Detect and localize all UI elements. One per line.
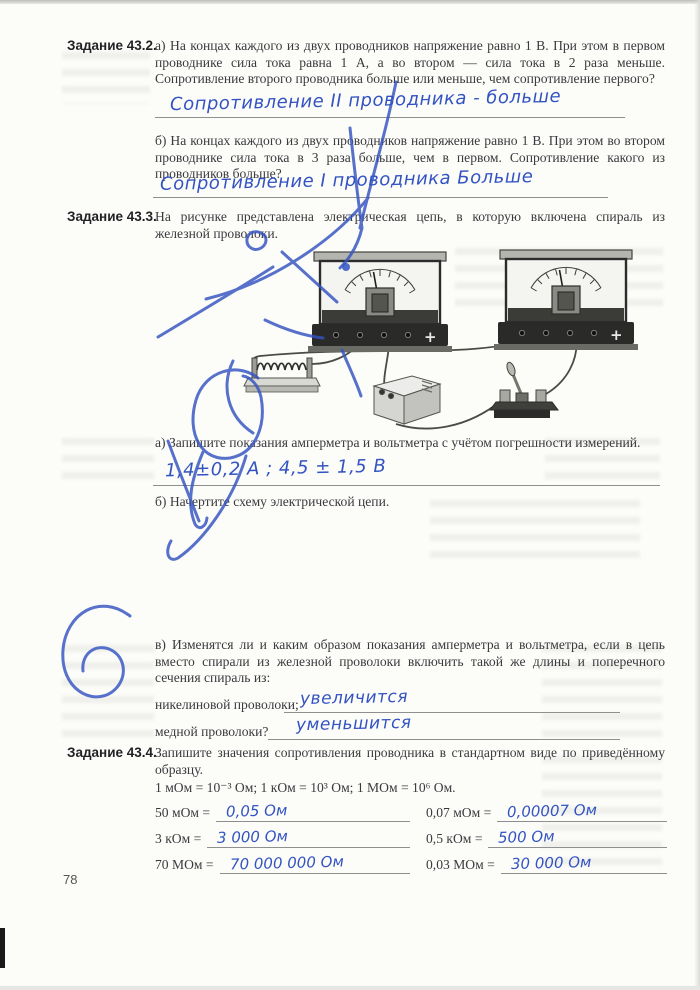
svg-text:+: + [424, 328, 437, 346]
handwritten-answer: 500 Ом [498, 827, 555, 846]
ruled-line: 30 000 Ом [501, 851, 667, 874]
task-433-label: Задание 43.3. [67, 209, 159, 226]
handwritten-answer: 0,05 Ом [226, 801, 288, 821]
copper-label: медной проволоки? [155, 724, 268, 741]
row-left-label: 3 кОм = [155, 830, 201, 848]
spiral-coil [244, 358, 320, 392]
handwritten-answer-433a: 1,4±0,2 А ; 4,5 ± 1,5 В [165, 456, 387, 482]
task-433-intro: На рисунке представлена электрическая це… [155, 209, 665, 242]
handwritten-answer: 30 000 Ом [511, 853, 592, 873]
task-433-part-a: а) Запишите показания амперметра и вольт… [155, 435, 665, 452]
power-supply [374, 376, 440, 424]
ruled-line: 70 000 000 Ом [220, 851, 410, 874]
handwritten-answer: 3 000 Ом [217, 827, 288, 847]
ruled-line [284, 710, 620, 713]
ruled-line: 500 Ом [488, 825, 667, 848]
row-right-label: 0,5 кОм = [426, 830, 482, 848]
nickel-label: никелиновой проволоки; [155, 697, 299, 714]
handwritten-answer: 70 000 000 Ом [229, 853, 343, 874]
scan-edge-top [0, 0, 700, 4]
showthrough-text [62, 52, 150, 104]
handwritten-answer-nickel: увеличится [300, 687, 408, 709]
scan-edge-mark [0, 928, 5, 968]
svg-text:+: + [610, 326, 623, 344]
row-left-label: 50 мОм = [155, 804, 210, 822]
ruled-line [268, 737, 620, 740]
row-right-label: 0,07 мОм = [426, 804, 491, 822]
page-number: 78 [63, 872, 77, 887]
task-434-example: 1 мОм = 10⁻³ Ом; 1 кОм = 10³ Ом; 1 МОм =… [155, 780, 456, 797]
task-434-intro: Запишите значения сопротивления проводни… [155, 745, 665, 778]
task-433-part-b: б) Начертите схему электрической цепи. [155, 494, 665, 511]
handwritten-answer-432a: Сопротивление II проводника - больше [170, 86, 561, 115]
ruled-line [155, 115, 625, 118]
resistance-row: 70 МОм = 70 000 000 Ом 0,03 МОм = 30 000… [155, 850, 667, 874]
task-434-label: Задание 43.4. [67, 745, 159, 762]
task-432-part-a: а) На концах каждого из двух проводников… [155, 38, 665, 88]
circuit-wires [253, 333, 576, 429]
task-432-label: Задание 43.2. [67, 38, 159, 55]
ruled-line: 0,00007 Ом [497, 799, 667, 822]
row-right-label: 0,03 МОм = [426, 856, 495, 874]
ruled-line [153, 483, 660, 486]
handwritten-answer: 0,00007 Ом [507, 801, 597, 821]
resistance-row: 3 кОм = 3 000 Ом 0,5 кОм = 500 Ом [155, 824, 667, 848]
task-433-part-v: в) Изменятся ли и каким образом показани… [155, 637, 665, 687]
scan-edge-right [694, 0, 700, 990]
showthrough-text [62, 438, 154, 486]
showthrough-text [62, 645, 154, 737]
ruled-line: 0,05 Ом [216, 799, 410, 822]
scan-edge-bottom [0, 986, 700, 990]
knife-switch [490, 361, 558, 418]
ruled-line [153, 195, 608, 198]
row-left-label: 70 МОм = [155, 856, 214, 874]
resistance-row: 50 мОм = 0,05 Ом 0,07 мОм = 0,00007 Ом [155, 798, 667, 822]
handwritten-answer-copper: уменьшится [296, 713, 412, 735]
showthrough-text [455, 248, 663, 306]
ammeter: + [308, 252, 452, 352]
workbook-page: Задание 43.2. а) На концах каждого из дв… [0, 0, 700, 990]
ruled-line: 3 000 Ом [207, 825, 410, 848]
